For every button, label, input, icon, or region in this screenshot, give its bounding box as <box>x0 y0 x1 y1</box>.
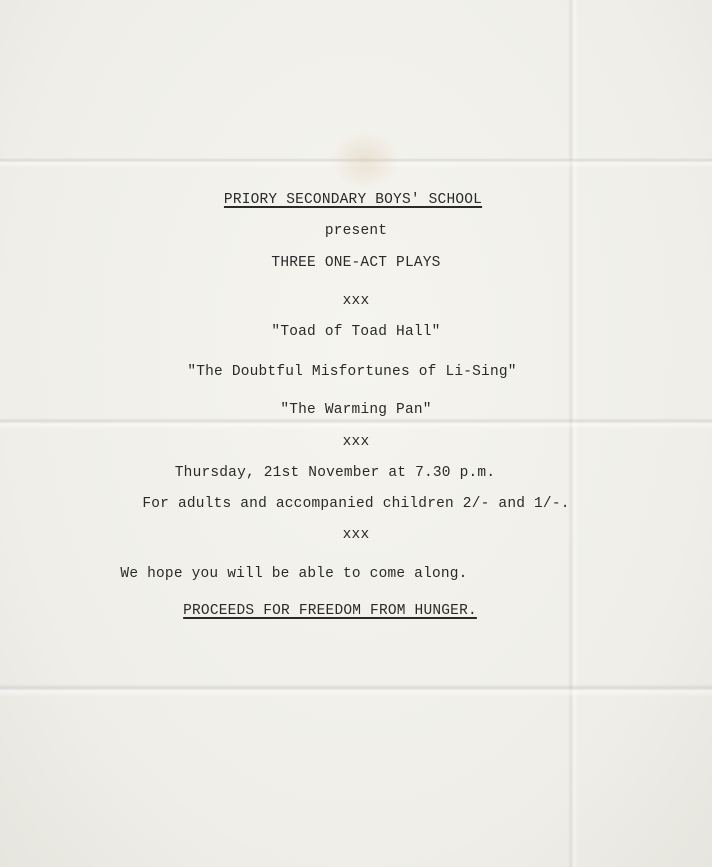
play-title-1: "Toad of Toad Hall" <box>0 324 712 340</box>
separator-2: xxx <box>0 434 712 450</box>
present-label: present <box>0 223 712 239</box>
date-time: Thursday, 21st November at 7.30 p.m. <box>0 465 691 481</box>
paper-stain <box>330 130 400 190</box>
separator-3: xxx <box>0 527 712 543</box>
separator-1: xxx <box>0 293 712 309</box>
plays-heading: THREE ONE-ACT PLAYS <box>0 255 712 271</box>
admission-price: For adults and accompanied children 2/- … <box>0 496 712 512</box>
invitation-text: We hope you will be able to come along. <box>0 566 650 582</box>
school-name: PRIORY SECONDARY BOYS' SCHOOL <box>0 192 709 208</box>
play-title-3: "The Warming Pan" <box>0 402 712 418</box>
proceeds-note: PROCEEDS FOR FREEDOM FROM HUNGER. <box>0 603 686 619</box>
play-title-2: "The Doubtful Misfortunes of Li-Sing" <box>0 364 708 380</box>
